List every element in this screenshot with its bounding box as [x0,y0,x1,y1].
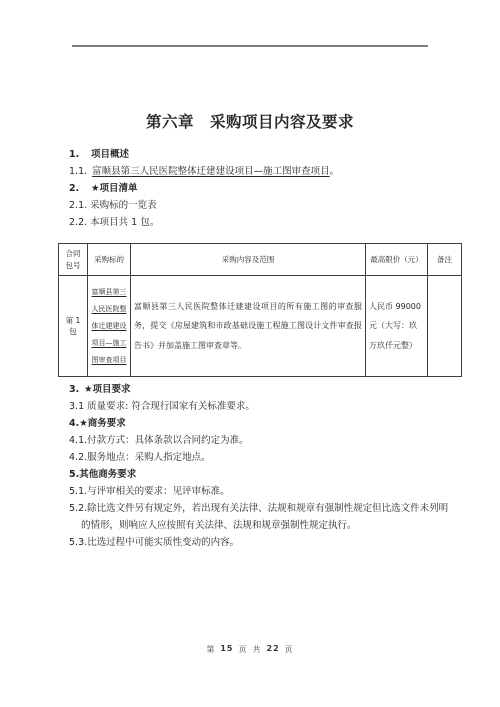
cell-remark [428,276,462,377]
item-2-1: 2.1. 采购标的一览表 [69,197,444,214]
footer-text-ye1: 页 [239,644,248,655]
page-footer: 第 15 页 共 22 页 [0,644,500,655]
item-4-2: 4.2.服务地点：采购人指定地点。 [69,449,454,466]
item-3-1: 3.1 质量要求: 符合现行国家有关标准要求。 [69,398,454,415]
section-heading-1: 1.项目概述 [69,146,444,163]
col-header-remark: 备注 [428,244,462,276]
item-1-1-number: 1.1. [69,166,87,177]
section-heading-2: 2.★项目清单 [69,180,444,197]
col-header-subject: 采购标的 [88,244,131,276]
subject-underlined: 富顺县第三人民医院整体迁建建设项目—施工图审查项目 [92,288,127,364]
requirements-section: 3.★项目要求 3.1 质量要求: 符合现行国家有关标准要求。 4.★商务要求 … [69,381,454,551]
page-number-current: 15 [220,644,233,655]
item-5-2-line1: 5.2.除比选文件另有规定外，若出现有关法律、法规和规章有强制性规定但比选文件未… [69,500,454,517]
section-heading-5: 5.其他商务要求 [69,466,454,483]
item-5-2-line2: 的情形，则响应人应按照有关法律、法规和规章强制性规定执行。 [69,517,454,534]
page-number-total: 22 [267,644,280,655]
project-name-underlined: 富顺县第三人民医院整体迁建建设项目—施工图审查项目 [92,166,330,177]
chapter-title: 第六章 采购项目内容及要求 [0,110,500,132]
cell-package-no: 第 1 包 [59,276,88,377]
cell-scope: 富顺县第三人民医院整体迁建建设项目的所有施工图的审查服务，提交《房屋建筑和市政基… [131,276,366,377]
cell-subject: 富顺县第三人民医院整体迁建建设项目—施工图审查项目 [88,276,131,377]
cell-max-price: 人民币 99000 元（大写：玖万玖仟元整） [366,276,428,377]
heading-1-label: 项目概述 [91,149,129,160]
item-1-1-period: 。 [330,166,340,177]
footer-text-gong: 共 [253,644,262,655]
table-row: 第 1 包 富顺县第三人民医院整体迁建建设项目—施工图审查项目 富顺县第三人民医… [59,276,462,377]
item-5-1: 5.1.与评审相关的要求：见评审标准。 [69,483,454,500]
intro-section: 1.项目概述 1.1.富顺县第三人民医院整体迁建建设项目—施工图审查项目。 2.… [69,146,444,231]
item-1-1: 1.1.富顺县第三人民医院整体迁建建设项目—施工图审查项目。 [69,163,444,180]
heading-3-label: ★项目要求 [84,384,131,395]
table-header-row: 合同包号 采购标的 采购内容及范围 最高限价（元） 备注 [59,244,462,276]
heading-3-number: 3. [69,381,84,398]
item-5-3: 5.3.比选过程中可能实质性变动的内容。 [69,534,454,551]
col-header-scope: 采购内容及范围 [131,244,366,276]
header-rule [72,45,428,47]
section-heading-4: 4.★商务要求 [69,415,454,432]
item-2-2: 2.2. 本项目共 1 包。 [69,214,444,231]
col-header-package-no: 合同包号 [59,244,88,276]
heading-1-number: 1. [69,146,91,163]
heading-2-label: ★项目清单 [91,183,138,194]
footer-text-di: 第 [206,644,215,655]
footer-text-ye2: 页 [285,644,294,655]
section-heading-3: 3.★项目要求 [69,381,454,398]
col-header-max-price: 最高限价（元） [366,244,428,276]
packages-table: 合同包号 采购标的 采购内容及范围 最高限价（元） 备注 第 1 包 富顺县第三… [58,243,462,377]
heading-2-number: 2. [69,180,91,197]
document-page: 第六章 采购项目内容及要求 1.项目概述 1.1.富顺县第三人民医院整体迁建建设… [0,0,500,707]
item-4-1: 4.1.付款方式：具体条款以合同约定为准。 [69,432,454,449]
